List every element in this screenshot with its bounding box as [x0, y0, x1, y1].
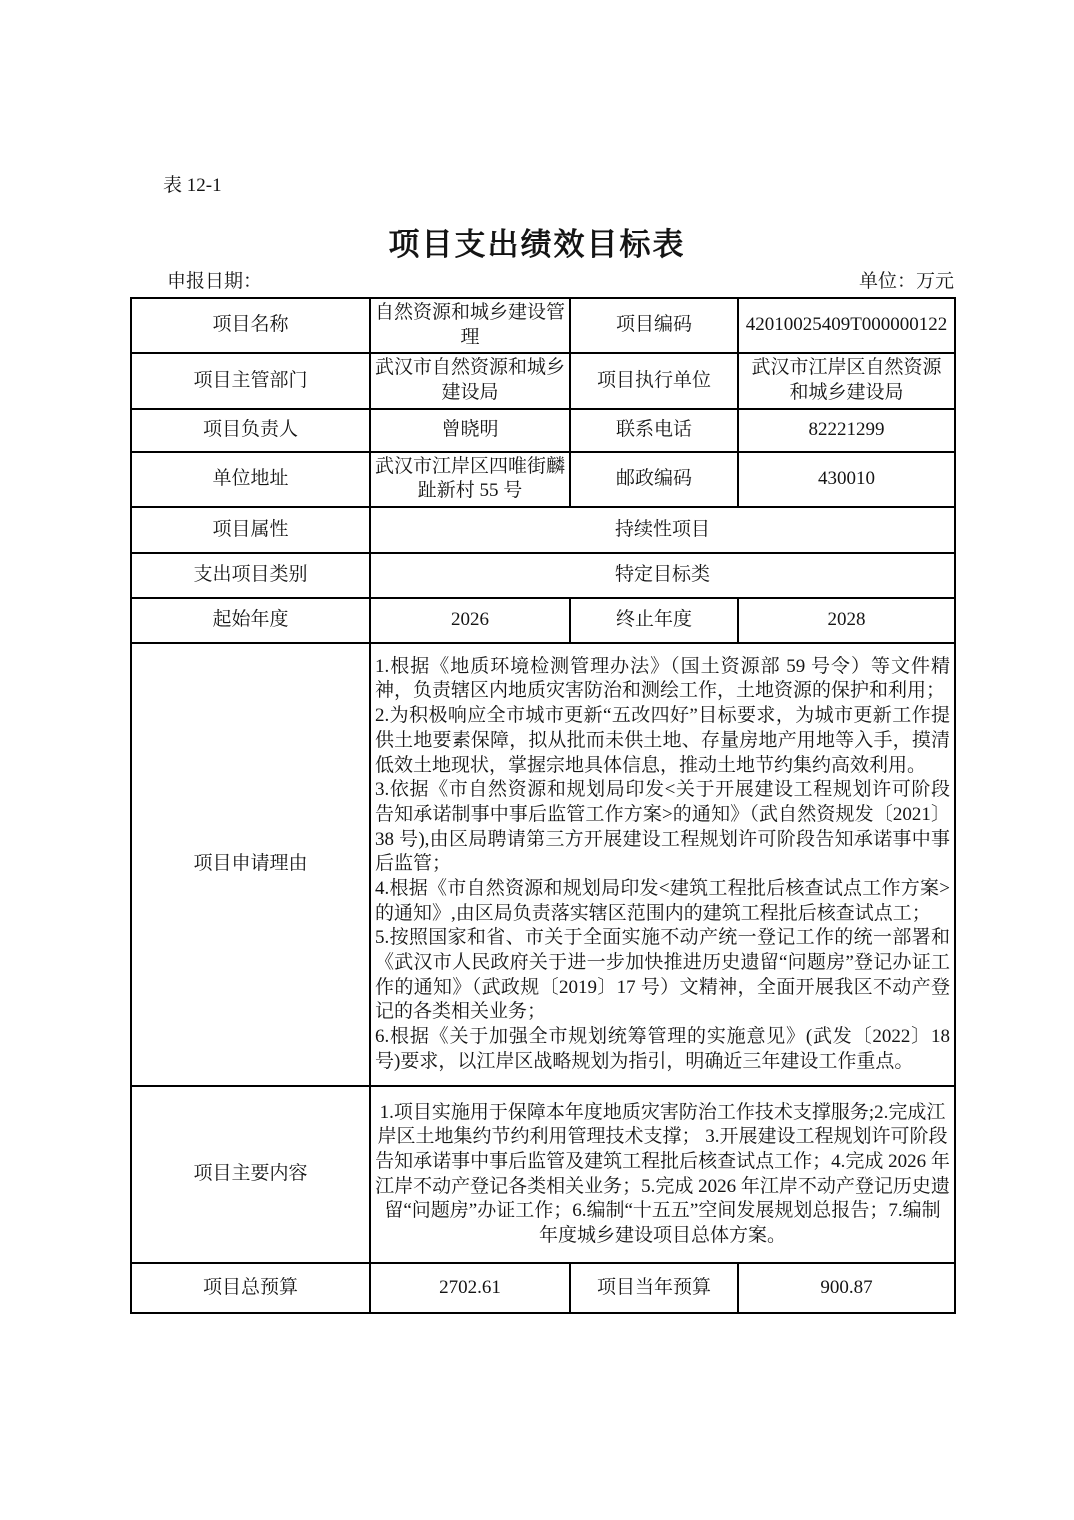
dept-value: 武汉市自然资源和城乡建设局	[370, 353, 570, 408]
attribute-value: 持续性项目	[370, 507, 955, 553]
reason-item: 2.为积极响应全市城市更新“五改四好”目标要求，为城市更新工作提供土地要素保障，…	[375, 704, 950, 778]
total-budget-label: 项目总预算	[131, 1263, 370, 1313]
phone-label: 联系电话	[570, 409, 738, 452]
year-budget-label: 项目当年预算	[570, 1263, 738, 1313]
leader-value: 曾晓明	[370, 409, 570, 452]
reason-item: 3.依据《市自然资源和规划局印发<关于开展建设工程规划许可阶段告知承诺制事中事后…	[375, 778, 950, 877]
table-row: 项目总预算 2702.61 项目当年预算 900.87	[131, 1263, 955, 1313]
reason-label: 项目申请理由	[131, 643, 370, 1086]
end-year-label: 终止年度	[570, 598, 738, 643]
document-title: 项目支出绩效目标表	[0, 219, 1074, 264]
table-row: 项目负责人 曾晓明 联系电话 82221299	[131, 409, 955, 452]
meta-line: 申报日期： 单位：万元	[167, 266, 954, 293]
table-row: 项目主管部门 武汉市自然资源和城乡建设局 项目执行单位 武汉市江岸区自然资源和城…	[131, 353, 955, 408]
performance-target-table: 项目名称 自然资源和城乡建设管理 项目编码 42010025409T000000…	[130, 297, 956, 1314]
table-row: 项目主要内容 1.项目实施用于保障本年度地质灾害防治工作技术支撑服务;2.完成江…	[131, 1086, 955, 1263]
content-label: 项目主要内容	[131, 1086, 370, 1263]
project-name-value: 自然资源和城乡建设管理	[370, 298, 570, 353]
year-budget-value: 900.87	[738, 1263, 955, 1313]
table-row: 起始年度 2026 终止年度 2028	[131, 598, 955, 643]
reason-item: 1.根据《地质环境检测管理办法》（国土资源部 59 号令）等文件精神，负责辖区内…	[375, 655, 950, 704]
table-row: 项目申请理由 1.根据《地质环境检测管理办法》（国土资源部 59 号令）等文件精…	[131, 643, 955, 1086]
dept-label: 项目主管部门	[131, 353, 370, 408]
category-label: 支出项目类别	[131, 553, 370, 598]
document-page: 表 12-1 项目支出绩效目标表 申报日期： 单位：万元 项目名称 自然资源和城…	[0, 0, 1074, 1520]
postcode-value: 430010	[738, 452, 955, 507]
table-number: 表 12-1	[163, 170, 222, 197]
total-budget-value: 2702.61	[370, 1263, 570, 1313]
project-name-label: 项目名称	[131, 298, 370, 353]
table-row: 项目属性 持续性项目	[131, 507, 955, 553]
start-year-label: 起始年度	[131, 598, 370, 643]
exec-unit-value: 武汉市江岸区自然资源和城乡建设局	[738, 353, 955, 408]
project-code-value: 42010025409T000000122	[738, 298, 955, 353]
exec-unit-label: 项目执行单位	[570, 353, 738, 408]
attribute-label: 项目属性	[131, 507, 370, 553]
content-value: 1.项目实施用于保障本年度地质灾害防治工作技术支撑服务;2.完成江岸区土地集约节…	[370, 1086, 955, 1263]
project-code-label: 项目编码	[570, 298, 738, 353]
start-year-value: 2026	[370, 598, 570, 643]
table-row: 支出项目类别 特定目标类	[131, 553, 955, 598]
leader-label: 项目负责人	[131, 409, 370, 452]
unit-label: 单位：万元	[859, 266, 954, 293]
reason-item: 5.按照国家和省、市关于全面实施不动产统一登记工作的统一部署和《武汉市人民政府关…	[375, 926, 950, 1025]
category-value: 特定目标类	[370, 553, 955, 598]
phone-value: 82221299	[738, 409, 955, 452]
end-year-value: 2028	[738, 598, 955, 643]
address-value: 武汉市江岸区四唯街麟趾新村 55 号	[370, 452, 570, 507]
reason-item: 4.根据《市自然资源和规划局印发<建筑工程批后核查试点工作方案>的通知》,由区局…	[375, 877, 950, 926]
declare-date-label: 申报日期：	[167, 266, 262, 293]
postcode-label: 邮政编码	[570, 452, 738, 507]
reason-item: 6.根据《关于加强全市规划统筹管理的实施意见》(武发〔2022〕18 号)要求，…	[375, 1025, 950, 1074]
table-row: 单位地址 武汉市江岸区四唯街麟趾新村 55 号 邮政编码 430010	[131, 452, 955, 507]
address-label: 单位地址	[131, 452, 370, 507]
table-row: 项目名称 自然资源和城乡建设管理 项目编码 42010025409T000000…	[131, 298, 955, 353]
reason-content: 1.根据《地质环境检测管理办法》（国土资源部 59 号令）等文件精神，负责辖区内…	[370, 643, 955, 1086]
